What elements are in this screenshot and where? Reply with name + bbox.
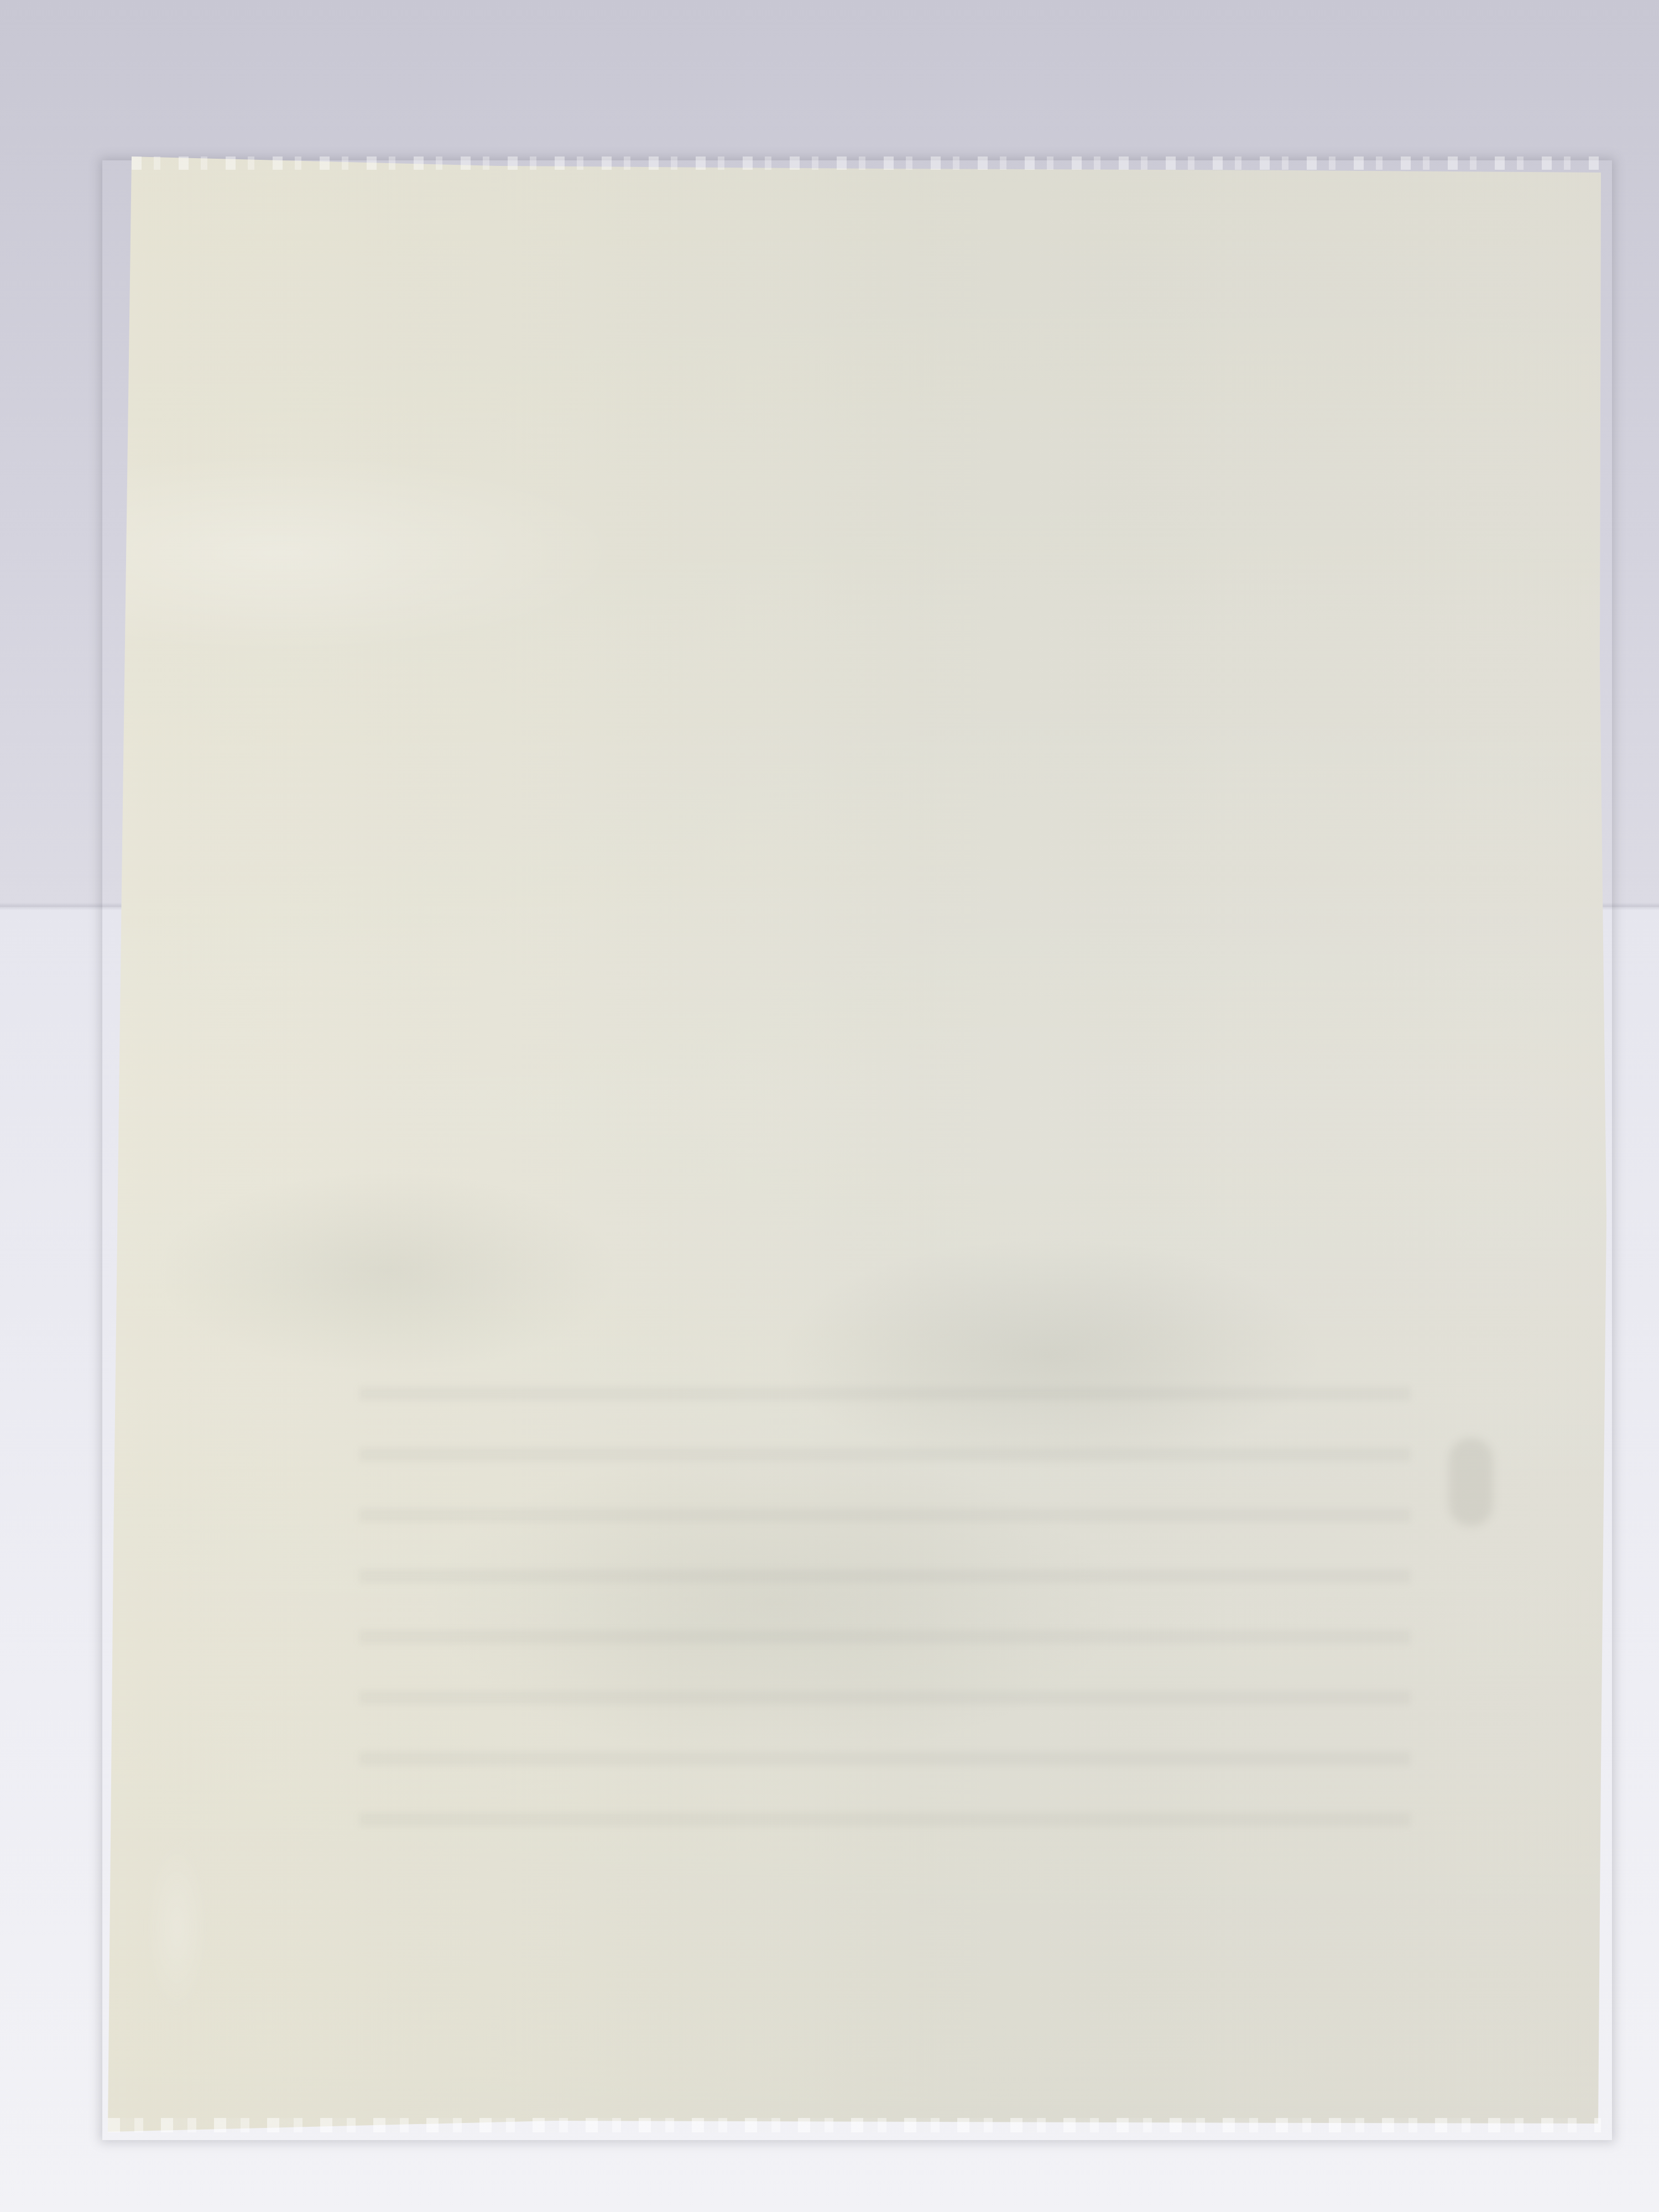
deckle-edge-bottom xyxy=(108,2118,1601,2132)
paper-stain xyxy=(1449,1438,1493,1526)
deckle-edge-top xyxy=(132,156,1603,170)
paper-sheet xyxy=(0,0,1659,2212)
faint-bleed-through-text xyxy=(359,1355,1410,1853)
blind-stamp-mark xyxy=(144,1836,210,2018)
